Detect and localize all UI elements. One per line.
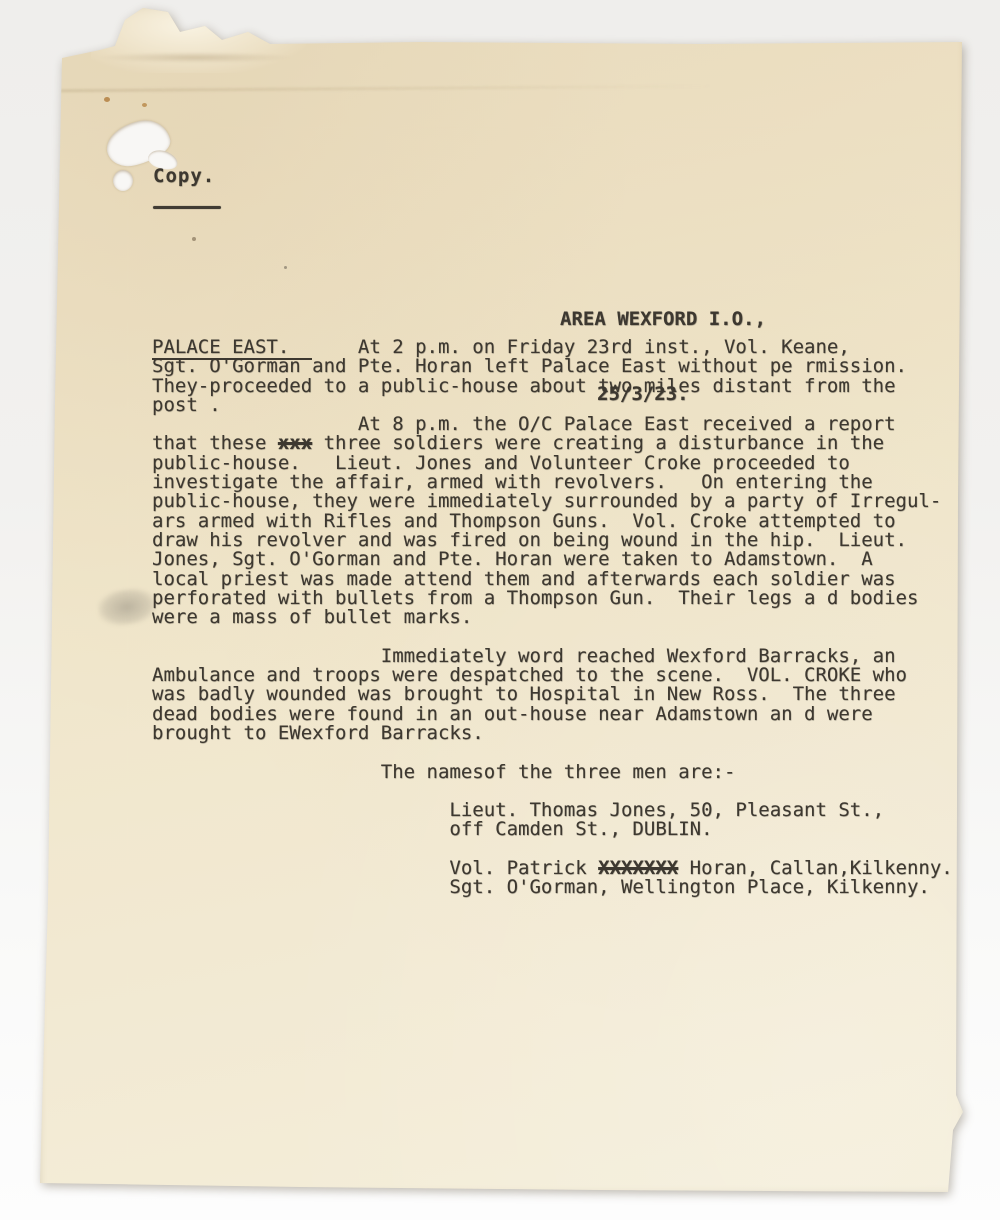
report-body: PALACE EAST. At 2 p.m. on Friday 23rd in… [152,338,953,898]
paper-sheet: Copy. AREA WEXFORD I.O., 25/3/23. PALACE… [36,5,966,1195]
copy-underline-rule [153,206,221,209]
copy-label: Copy. [153,165,215,187]
scanned-page: Copy. AREA WEXFORD I.O., 25/3/23. PALACE… [36,5,966,1195]
rust-speck [142,103,147,107]
office-name: AREA WEXFORD I.O., [560,307,766,332]
body-text-segment: three soldiers were creating a disturban… [152,432,941,879]
rust-speck [104,97,110,102]
torn-corner-shadow [98,52,293,63]
dirt-speck [192,237,196,241]
punch-hole [113,170,133,191]
dirt-speck [284,266,287,269]
